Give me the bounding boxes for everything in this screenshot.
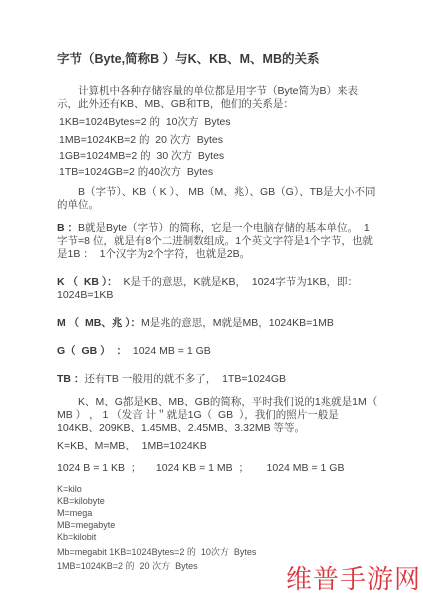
glossary-list: K=kilo KB=kilobyte M=mega MB=megabyte Kb… xyxy=(57,483,378,572)
section-m: M （ MB、兆 ）：M是兆的意思，M就是MB，1024KB=1MB xyxy=(57,317,378,330)
glossary-line-kb: KB=kilobyte xyxy=(57,495,378,507)
section-g-head: G（ GB ） ： xyxy=(57,345,127,357)
glossary-line-kbit: Kb=kilobit xyxy=(57,531,378,543)
intro-paragraph: 计算机中各种存储容量的单位都是用字节（Byte简为B）来表示，此外还有KB、MB… xyxy=(57,85,378,111)
summary-paragraph: K、M、G都是KB、MB、GB的简称，平时我们说的1兆就是1M（ MB ） ， … xyxy=(57,396,378,435)
page-title: 字节（Byte,简称B ）与K、KB、M、MB的关系 xyxy=(57,52,378,66)
document-page: 字节（Byte,简称B ）与K、KB、M、MB的关系 计算机中各种存储容量的单位… xyxy=(0,0,423,572)
site-watermark: 维普手游网 xyxy=(286,567,421,593)
formula-line-mb: 1MB=1024KB=2 的 20 次方 Bytes xyxy=(59,134,378,147)
section-m-body: M是兆的意思，M就是MB，1024KB=1MB xyxy=(141,317,334,329)
section-tb-body: 还有TB 一般用的就不多了， 1TB=1024GB xyxy=(84,373,286,385)
section-m-head: M （ MB、兆 ）： xyxy=(57,317,141,329)
section-k: K （ KB ）： K是千的意思，K就是KB， 1024字节为1KB，即：102… xyxy=(57,276,378,302)
conversion-line: 1024 B = 1 KB ； 1024 KB = 1 MB ； 1024 MB… xyxy=(57,462,378,475)
section-b-head: B ： xyxy=(57,222,78,234)
glossary-line-m: M=mega xyxy=(57,507,378,519)
glossary-line-mb: MB=megabyte xyxy=(57,519,378,531)
section-tb: TB ：还有TB 一般用的就不多了， 1TB=1024GB xyxy=(57,373,378,386)
equivalence-line: K=KB、M=MB、 1MB=1024KB xyxy=(57,440,378,453)
section-g: G（ GB ） ： 1024 MB = 1 GB xyxy=(57,345,378,358)
section-k-head: K （ KB ）： xyxy=(57,276,118,288)
formula-line-gb: 1GB=1024MB=2 的 30 次方 Bytes xyxy=(59,150,378,163)
glossary-line-mbit: Mb=megabit 1KB=1024Bytes=2 的 10次方 Bytes xyxy=(57,546,378,558)
units-overview: B（字节）、KB（ K ）、 MB（M、兆）、GB（G）、TB是大小不同的单位。 xyxy=(57,186,378,212)
section-tb-head: TB ： xyxy=(57,373,84,385)
formula-line-kb: 1KB=1024Bytes=2 的 10次方 Bytes xyxy=(59,116,378,129)
formula-line-tb: 1TB=1024GB=2 的40次方 Bytes xyxy=(59,166,378,179)
section-b-body: B就是Byte（字节）的简称，它是一个电脑存储的基本单位。 1字节=8 位，就是… xyxy=(57,222,373,260)
section-g-body: 1024 MB = 1 GB xyxy=(127,345,211,357)
formula-list: 1KB=1024Bytes=2 的 10次方 Bytes 1MB=1024KB=… xyxy=(57,116,378,179)
glossary-line-k: K=kilo xyxy=(57,483,378,495)
section-b: B ：B就是Byte（字节）的简称，它是一个电脑存储的基本单位。 1字节=8 位… xyxy=(57,222,378,261)
